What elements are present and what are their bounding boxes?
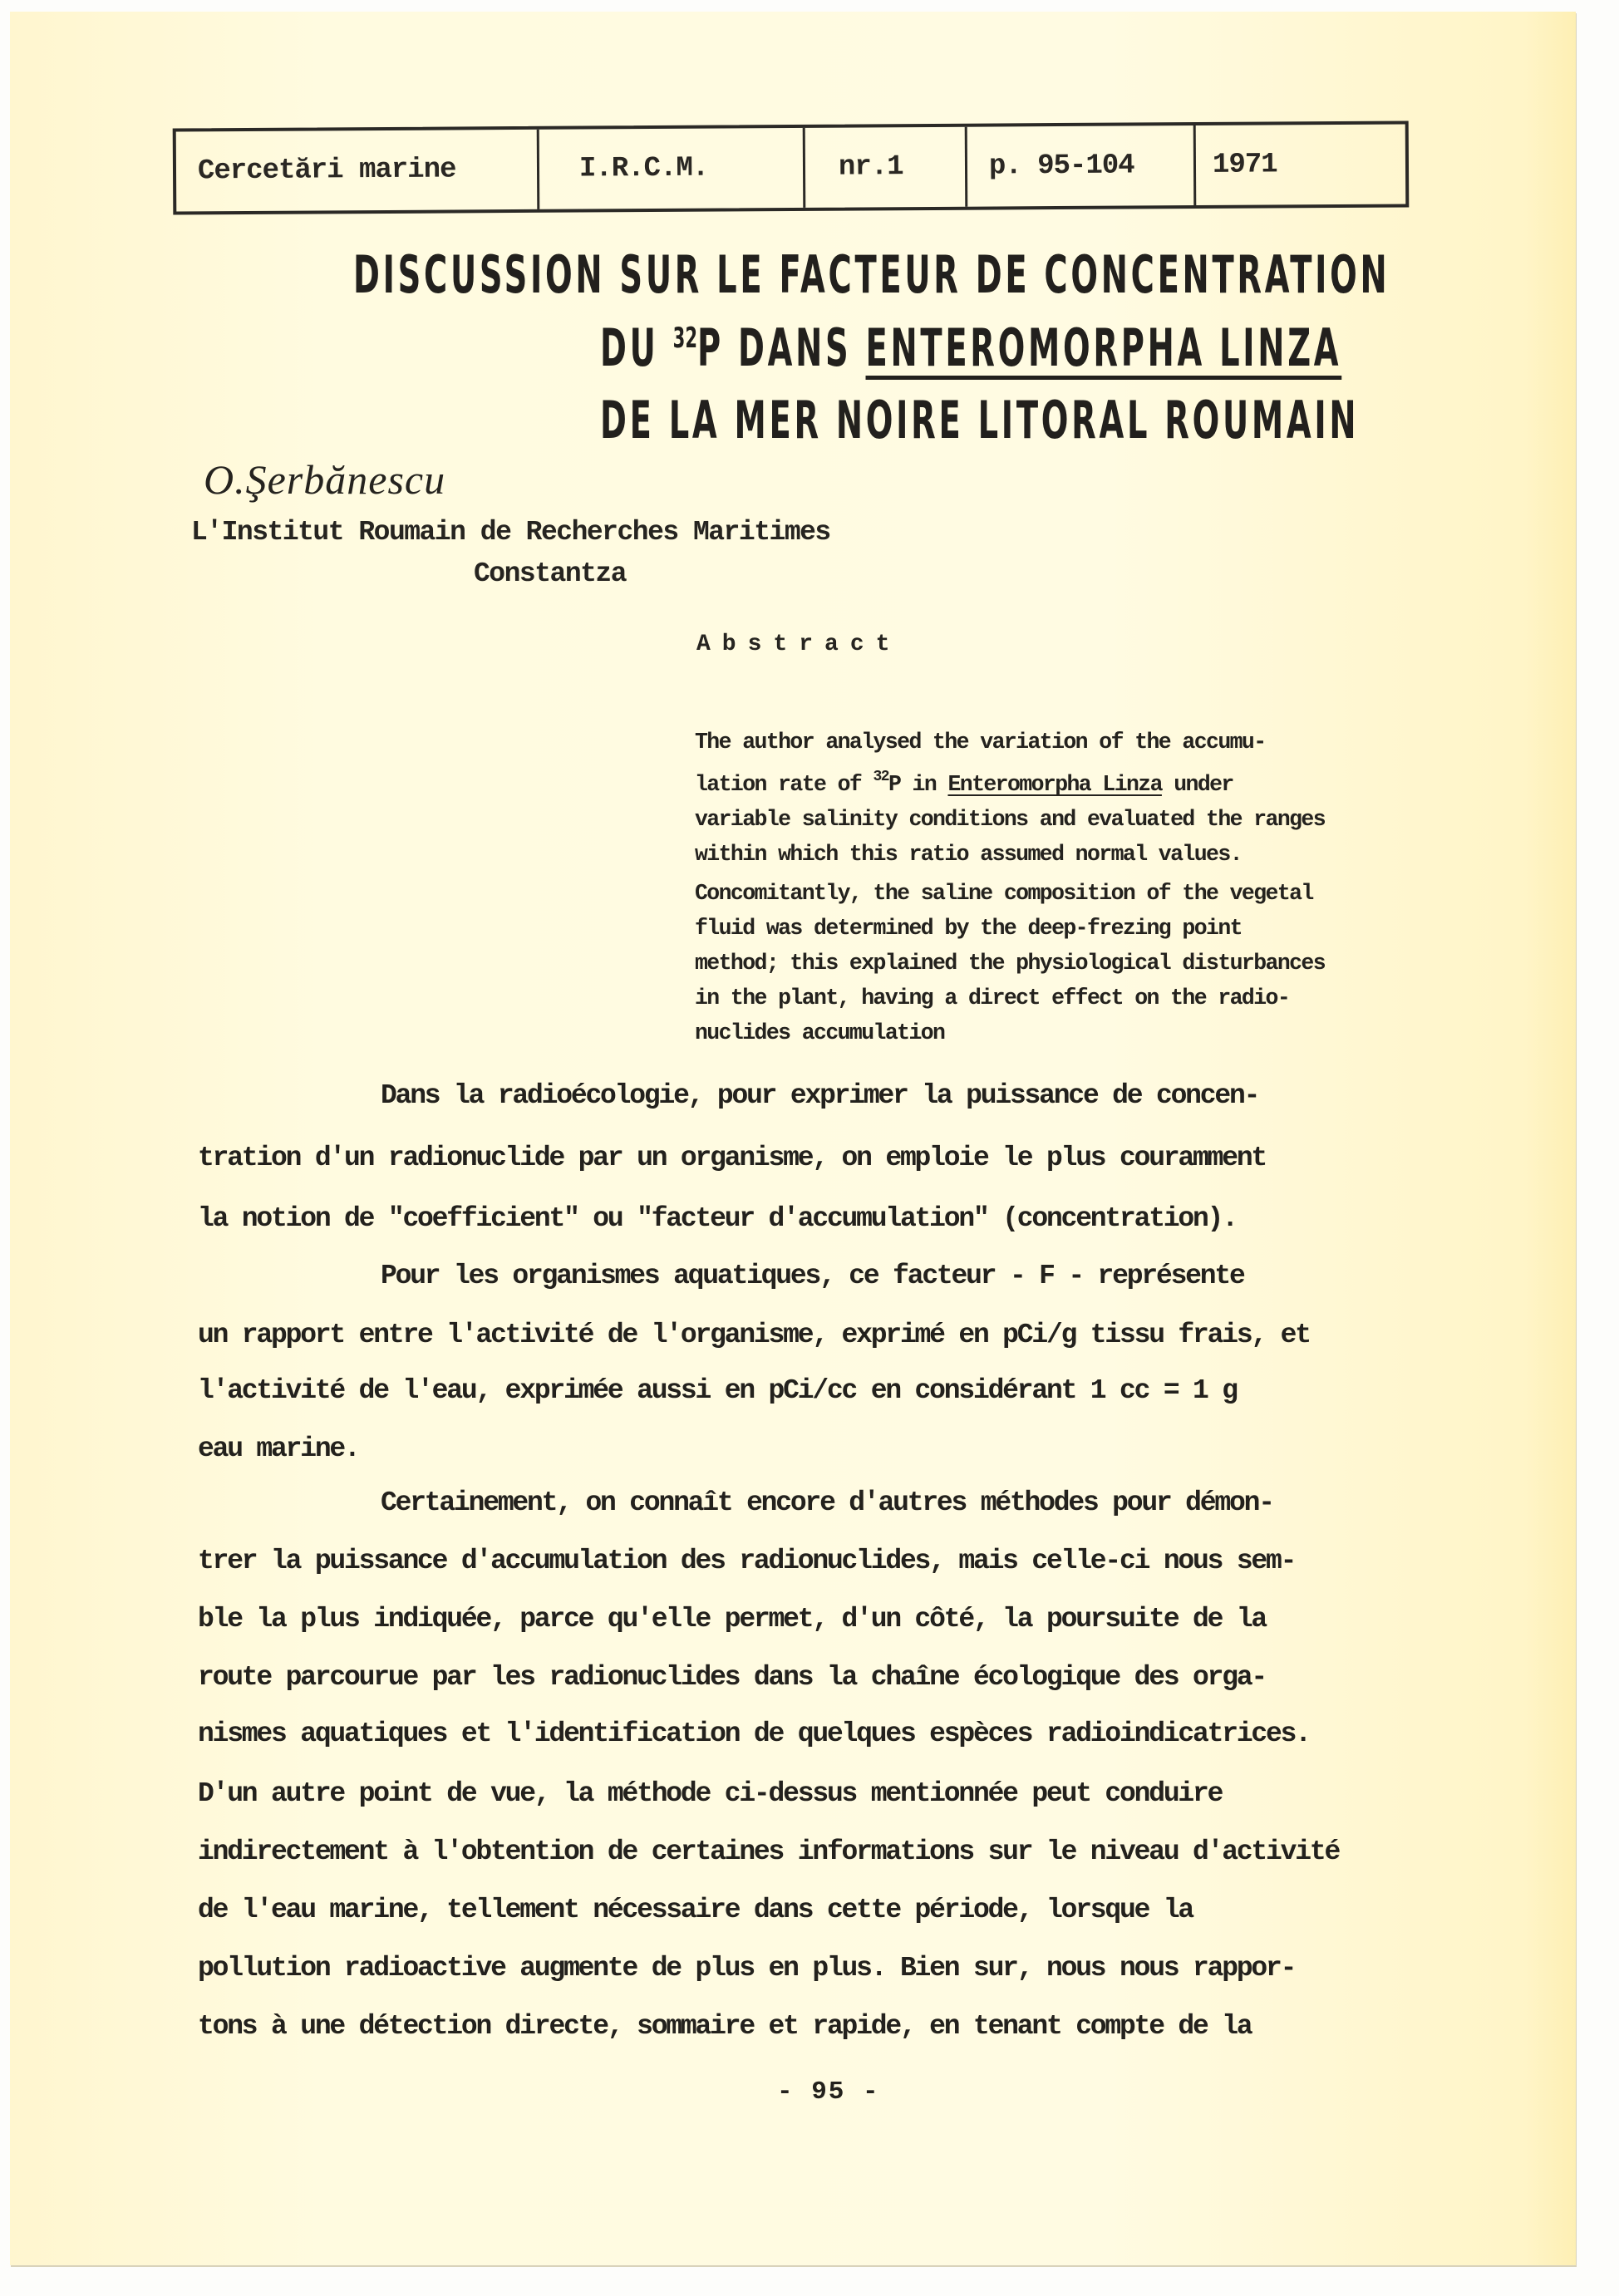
body-line: Dans la radioécologie, pour exprimer la … xyxy=(381,1080,1258,1111)
body-line: ble la plus indiquée, parce qu'elle perm… xyxy=(198,1604,1266,1635)
title-line-2: DU 32P DANS ENTEROMORPHA LINZA xyxy=(600,322,1341,374)
title-isotope-mass: 32 xyxy=(673,322,697,355)
abstract-paragraph-2: Concomitantly, the saline composition of… xyxy=(695,876,1426,1050)
author-name: O.Şerbănescu xyxy=(204,455,445,504)
abstract-line: The author analysed the variation of the… xyxy=(695,725,1426,760)
body-line: trer la puissance d'accumulation des rad… xyxy=(198,1546,1295,1576)
title-line-1: DISCUSSION SUR LE FACTEUR DE CONCENTRATI… xyxy=(353,249,1390,301)
body-line: indirectement à l'obtention de certaines… xyxy=(198,1836,1339,1867)
body-line: tration d'un radionuclide par un organis… xyxy=(198,1143,1266,1173)
abstract-line: within which this ratio assumed normal v… xyxy=(695,837,1426,872)
body-line: la notion de "coefficient" ou "facteur d… xyxy=(198,1203,1237,1234)
abstract-line: method; this explained the physiological… xyxy=(695,946,1426,981)
abstract-heading: Abstract xyxy=(696,632,901,657)
body-line: route parcourue par les radionuclides da… xyxy=(198,1662,1266,1693)
body-line: nismes aquatiques et l'identification de… xyxy=(198,1718,1310,1749)
title-line-3: DE LA MER NOIRE LITORAL ROUMAIN xyxy=(600,395,1359,446)
body-line: un rapport entre l'activité de l'organis… xyxy=(198,1320,1310,1350)
abstract-text: lation rate of xyxy=(695,772,873,797)
page-number: - 95 - xyxy=(777,2077,880,2107)
abstract-line: Concomitantly, the saline composition of… xyxy=(695,876,1426,911)
body-line: de l'eau marine, tellement nécessaire da… xyxy=(198,1895,1193,1925)
isotope-superscript: 32 xyxy=(873,769,888,785)
title-isotope-dans: P DANS xyxy=(697,317,851,378)
header-cell-year: 1971 xyxy=(1196,124,1406,205)
title-du: DU xyxy=(600,317,659,378)
abstract-line: nuclides accumulation xyxy=(695,1015,1426,1050)
abstract-paragraph-1: The author analysed the variation of the… xyxy=(695,725,1426,872)
abstract-text: under xyxy=(1162,772,1233,797)
header-cell-institute: I.R.C.M. xyxy=(539,128,806,209)
body-line: Certainement, on connaît encore d'autres… xyxy=(381,1487,1273,1518)
title-species: ENTEROMORPHA LINZA xyxy=(866,317,1342,378)
abstract-line: fluid was determined by the deep-frezing… xyxy=(695,911,1426,946)
abstract-line: in the plant, having a direct effect on … xyxy=(695,981,1426,1015)
affiliation-city: Constantza xyxy=(474,558,626,589)
header-cell-issue: nr.1 xyxy=(805,127,968,208)
body-line: l'activité de l'eau, exprimée aussi en p… xyxy=(198,1375,1237,1406)
body-line: pollution radioactive augmente de plus e… xyxy=(198,1953,1295,1984)
header-cell-journal: Cercetări marine xyxy=(176,130,540,212)
header-cell-pages: p. 95-104 xyxy=(967,125,1197,207)
affiliation-institute: L'Institut Roumain de Recherches Maritim… xyxy=(191,517,830,548)
abstract-line: variable salinity conditions and evaluat… xyxy=(695,802,1426,837)
body-line: tons à une détection directe, sommaire e… xyxy=(198,2011,1251,2042)
abstract-text: P in xyxy=(888,772,948,797)
body-line: Pour les organismes aquatiques, ce facte… xyxy=(381,1261,1244,1291)
species-name-underlined: Enteromorpha Linza xyxy=(947,772,1161,797)
abstract-line: lation rate of 32P in Enteromorpha Linza… xyxy=(695,760,1426,802)
body-line: D'un autre point de vue, la méthode ci-d… xyxy=(198,1778,1222,1809)
body-line: eau marine. xyxy=(198,1433,359,1464)
journal-header-table: Cercetări marine I.R.C.M. nr.1 p. 95-104… xyxy=(173,120,1410,214)
page-edge-shade xyxy=(1526,12,1576,2265)
